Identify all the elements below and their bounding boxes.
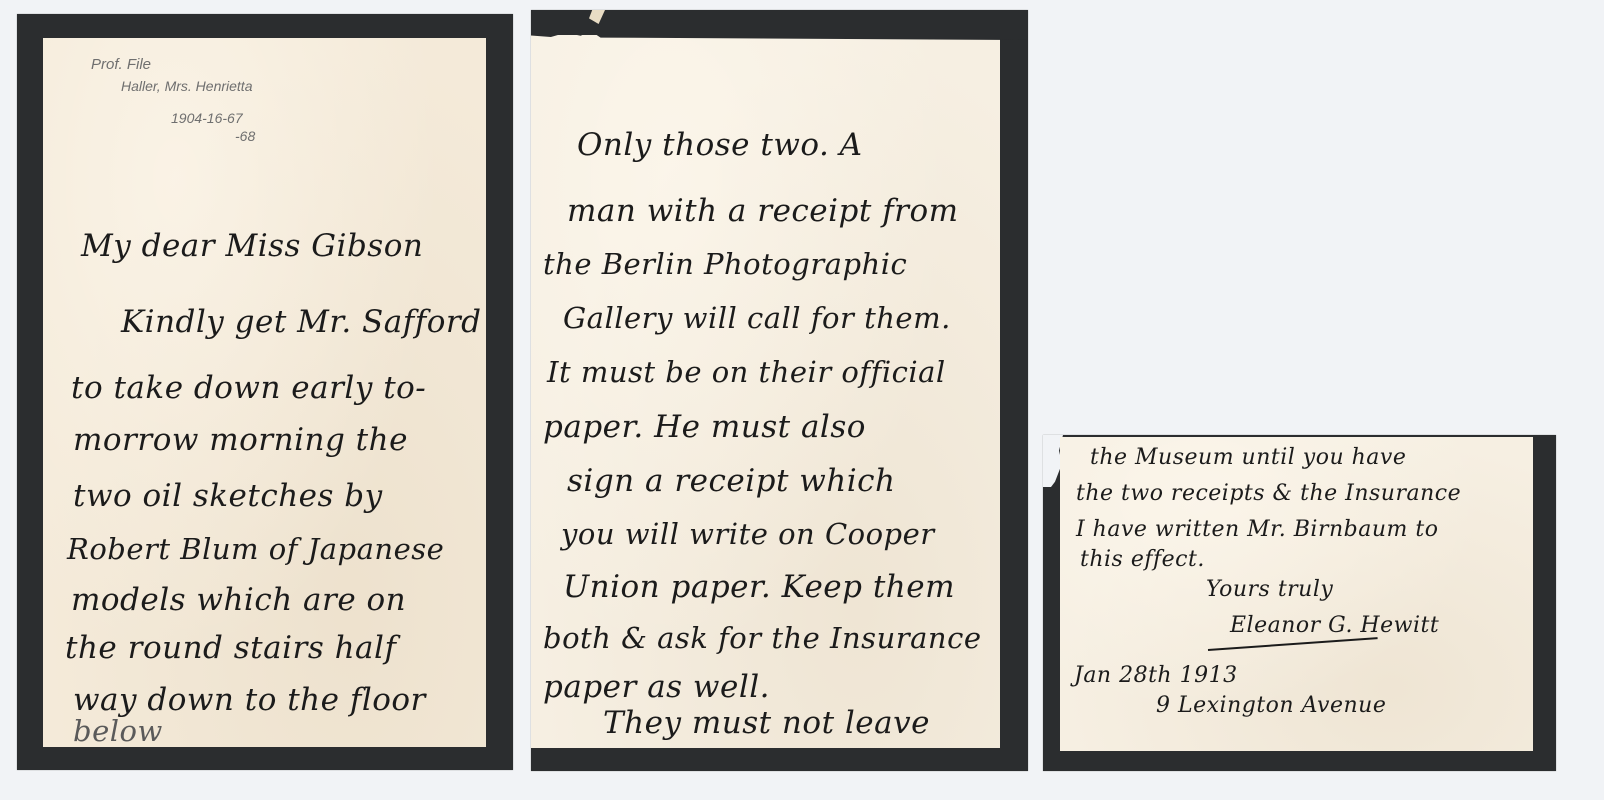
letter-line: models which are on <box>71 582 406 618</box>
letter-page-2: Only those two. A man with a receipt fro… <box>531 10 1028 771</box>
letter-page-3: the Museum until you have the two receip… <box>1043 435 1556 771</box>
letter-line: morrow morning the <box>73 422 408 458</box>
letter-line: way down to the floor <box>73 682 426 718</box>
letter-line: man with a receipt from <box>567 193 959 229</box>
page-1-paper: Prof. File Haller, Mrs. Henrietta 1904-1… <box>43 38 486 747</box>
letter-line: you will write on Cooper <box>561 517 935 551</box>
archival-note-line-3: 1904-16-67 <box>171 110 243 126</box>
letter-line: Only those two. A <box>577 127 863 163</box>
letter-line: Union paper. Keep them <box>563 569 955 605</box>
page-2-paper: Only those two. A man with a receipt fro… <box>531 35 1000 748</box>
letter-line: My dear Miss Gibson <box>81 228 423 264</box>
letter-line: It must be on their official <box>547 355 946 389</box>
closing: Yours truly <box>1206 577 1333 602</box>
torn-border-edge <box>531 10 1028 40</box>
letter-line: to take down early to- <box>71 370 426 406</box>
date: Jan 28th 1913 <box>1074 663 1238 688</box>
letter-page-1: Prof. File Haller, Mrs. Henrietta 1904-1… <box>17 14 513 770</box>
letter-line: Kindly get Mr. Safford <box>121 304 482 340</box>
letter-line: both & ask for the Insurance <box>543 621 981 655</box>
letter-line: sign a receipt which <box>567 463 896 499</box>
letter-line: I have written Mr. Birnbaum to <box>1076 517 1438 542</box>
letter-line: the Museum until you have <box>1090 445 1406 470</box>
letter-line: Robert Blum of Japanese <box>67 532 444 566</box>
letter-line: the round stairs half <box>65 630 396 666</box>
signature-underline <box>1208 637 1378 651</box>
letter-line: this effect. <box>1080 547 1205 572</box>
archival-note-line-2: Haller, Mrs. Henrietta <box>121 78 252 94</box>
letter-line: Gallery will call for them. <box>563 301 951 335</box>
letter-line: paper as well. <box>543 669 770 705</box>
page-3-paper: the Museum until you have the two receip… <box>1060 437 1533 751</box>
address: 9 Lexington Avenue <box>1156 693 1386 718</box>
letter-line: two oil sketches by <box>73 478 383 514</box>
signature: Eleanor G. Hewitt <box>1230 613 1439 638</box>
letter-line: below <box>73 714 163 748</box>
letter-line: paper. He must also <box>543 409 866 445</box>
letter-line: the Berlin Photographic <box>543 247 907 281</box>
archival-note-line-1: Prof. File <box>91 56 151 73</box>
archival-note-line-4: -68 <box>235 128 255 144</box>
letter-line: the two receipts & the Insurance <box>1076 481 1461 506</box>
letter-line: They must not leave <box>603 705 930 741</box>
